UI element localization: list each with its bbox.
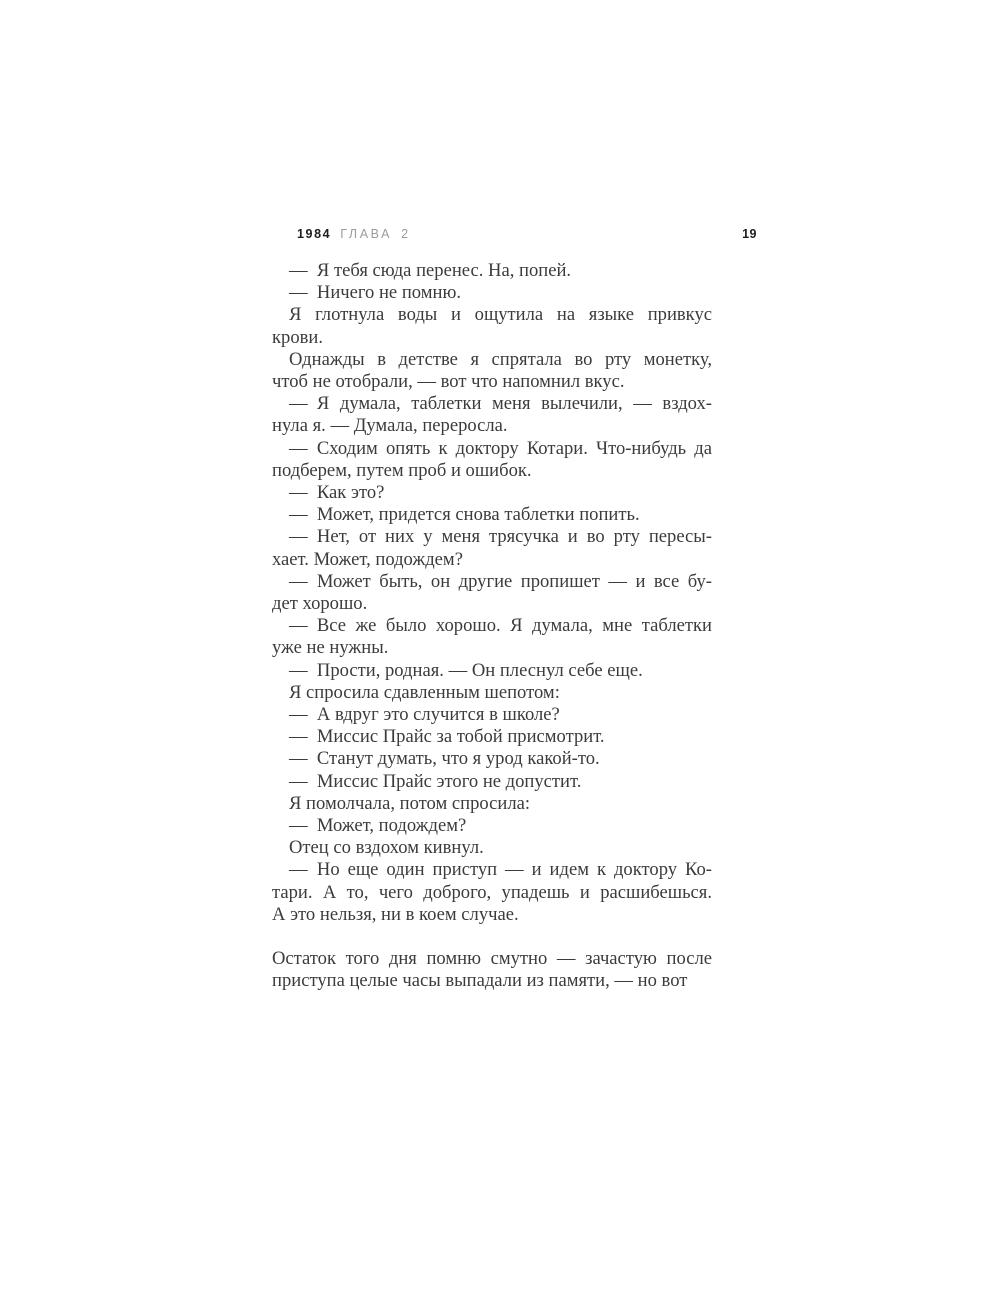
paragraph: — Может, подождем? bbox=[272, 815, 712, 837]
text-line: нула я. — Думала, переросла. bbox=[272, 415, 712, 437]
text-line: — Сходим опять к доктору Котари. Что-ниб… bbox=[272, 438, 712, 460]
text-line: крови. bbox=[272, 327, 712, 349]
text-line: — Все же было хорошо. Я думала, мне табл… bbox=[272, 615, 712, 637]
text-line: — Прости, родная. — Он плеснул себе еще. bbox=[272, 660, 712, 682]
text-line: — Может, придется снова таблетки попить. bbox=[272, 504, 712, 526]
paragraph: — Я думала, таблетки меня вылечили, — вз… bbox=[272, 393, 712, 437]
text-line: — Может быть, он другие пропишет — и все… bbox=[272, 571, 712, 593]
text-line: дет хорошо. bbox=[272, 593, 712, 615]
running-header-left: 1984 ГЛАВА 2 bbox=[297, 227, 411, 242]
book-page: 1984 ГЛАВА 2 19 — Я тебя сюда перенес. Н… bbox=[0, 0, 1000, 1294]
text-line: тари. А то, чего доброго, упадешь и расш… bbox=[272, 882, 712, 904]
paragraph: — Может, придется снова таблетки попить. bbox=[272, 504, 712, 526]
book-title: 1984 bbox=[297, 227, 331, 242]
text-line: Я глотнула воды и ощутила на языке привк… bbox=[272, 304, 712, 326]
chapter-label: ГЛАВА 2 bbox=[340, 227, 411, 242]
paragraph: Однажды в детстве я спрятала во рту моне… bbox=[272, 349, 712, 393]
text-line: Я помолчала, потом спросила: bbox=[272, 793, 712, 815]
text-line: А это нельзя, ни в коем случае. bbox=[272, 904, 712, 926]
paragraph: — Нет, от них у меня трясучка и во рту п… bbox=[272, 526, 712, 570]
paragraph: Отец со вздохом кивнул. bbox=[272, 837, 712, 859]
paragraph: — Может быть, он другие пропишет — и все… bbox=[272, 571, 712, 615]
paragraph: — А вдруг это случится в школе? bbox=[272, 704, 712, 726]
text-line: уже не нужны. bbox=[272, 637, 712, 659]
text-line: — Как это? bbox=[272, 482, 712, 504]
paragraph: — Но еще один приступ — и идем к доктору… bbox=[272, 859, 712, 926]
text-line: — Миссис Прайс за тобой присмотрит. bbox=[272, 726, 712, 748]
page-number: 19 bbox=[742, 227, 757, 242]
running-header: 1984 ГЛАВА 2 19 bbox=[272, 227, 757, 242]
text-line: — Я тебя сюда перенес. На, попей. bbox=[272, 260, 712, 282]
paragraph: — Миссис Прайс этого не допустит. bbox=[272, 771, 712, 793]
text-line: Остаток того дня помню смутно — зачастую… bbox=[272, 948, 712, 970]
paragraph: Я глотнула воды и ощутила на языке привк… bbox=[272, 304, 712, 348]
paragraph: Я спросила сдавленным шепотом: bbox=[272, 682, 712, 704]
paragraph: — Ничего не помню. bbox=[272, 282, 712, 304]
text-line: — Но еще один приступ — и идем к доктору… bbox=[272, 859, 712, 881]
text-line: — А вдруг это случится в школе? bbox=[272, 704, 712, 726]
text-line: — Я думала, таблетки меня вылечили, — вз… bbox=[272, 393, 712, 415]
text-line: приступа целые часы выпадали из памяти, … bbox=[272, 970, 712, 992]
text-line: — Миссис Прайс этого не допустит. bbox=[272, 771, 712, 793]
text-line: — Нет, от них у меня трясучка и во рту п… bbox=[272, 526, 712, 548]
paragraph: Остаток того дня помню смутно — зачастую… bbox=[272, 948, 712, 992]
paragraph: — Миссис Прайс за тобой присмотрит. bbox=[272, 726, 712, 748]
paragraph: — Станут думать, что я урод какой-то. bbox=[272, 748, 712, 770]
text-line: Отец со вздохом кивнул. bbox=[272, 837, 712, 859]
paragraph: — Все же было хорошо. Я думала, мне табл… bbox=[272, 615, 712, 659]
text-line: Однажды в детстве я спрятала во рту моне… bbox=[272, 349, 712, 371]
paragraph: — Сходим опять к доктору Котари. Что-ниб… bbox=[272, 438, 712, 482]
text-line: подберем, путем проб и ошибок. bbox=[272, 460, 712, 482]
text-line: чтоб не отобрали, — вот что напомнил вку… bbox=[272, 371, 712, 393]
paragraph: — Прости, родная. — Он плеснул себе еще. bbox=[272, 660, 712, 682]
text-line: — Станут думать, что я урод какой-то. bbox=[272, 748, 712, 770]
paragraph: Я помолчала, потом спросила: bbox=[272, 793, 712, 815]
text-block: — Я тебя сюда перенес. На, попей.— Ничег… bbox=[272, 260, 712, 993]
text-line: Я спросила сдавленным шепотом: bbox=[272, 682, 712, 704]
text-line: хает. Может, подождем? bbox=[272, 549, 712, 571]
text-line: — Ничего не помню. bbox=[272, 282, 712, 304]
paragraph: — Как это? bbox=[272, 482, 712, 504]
paragraph: — Я тебя сюда перенес. На, попей. bbox=[272, 260, 712, 282]
text-line: — Может, подождем? bbox=[272, 815, 712, 837]
